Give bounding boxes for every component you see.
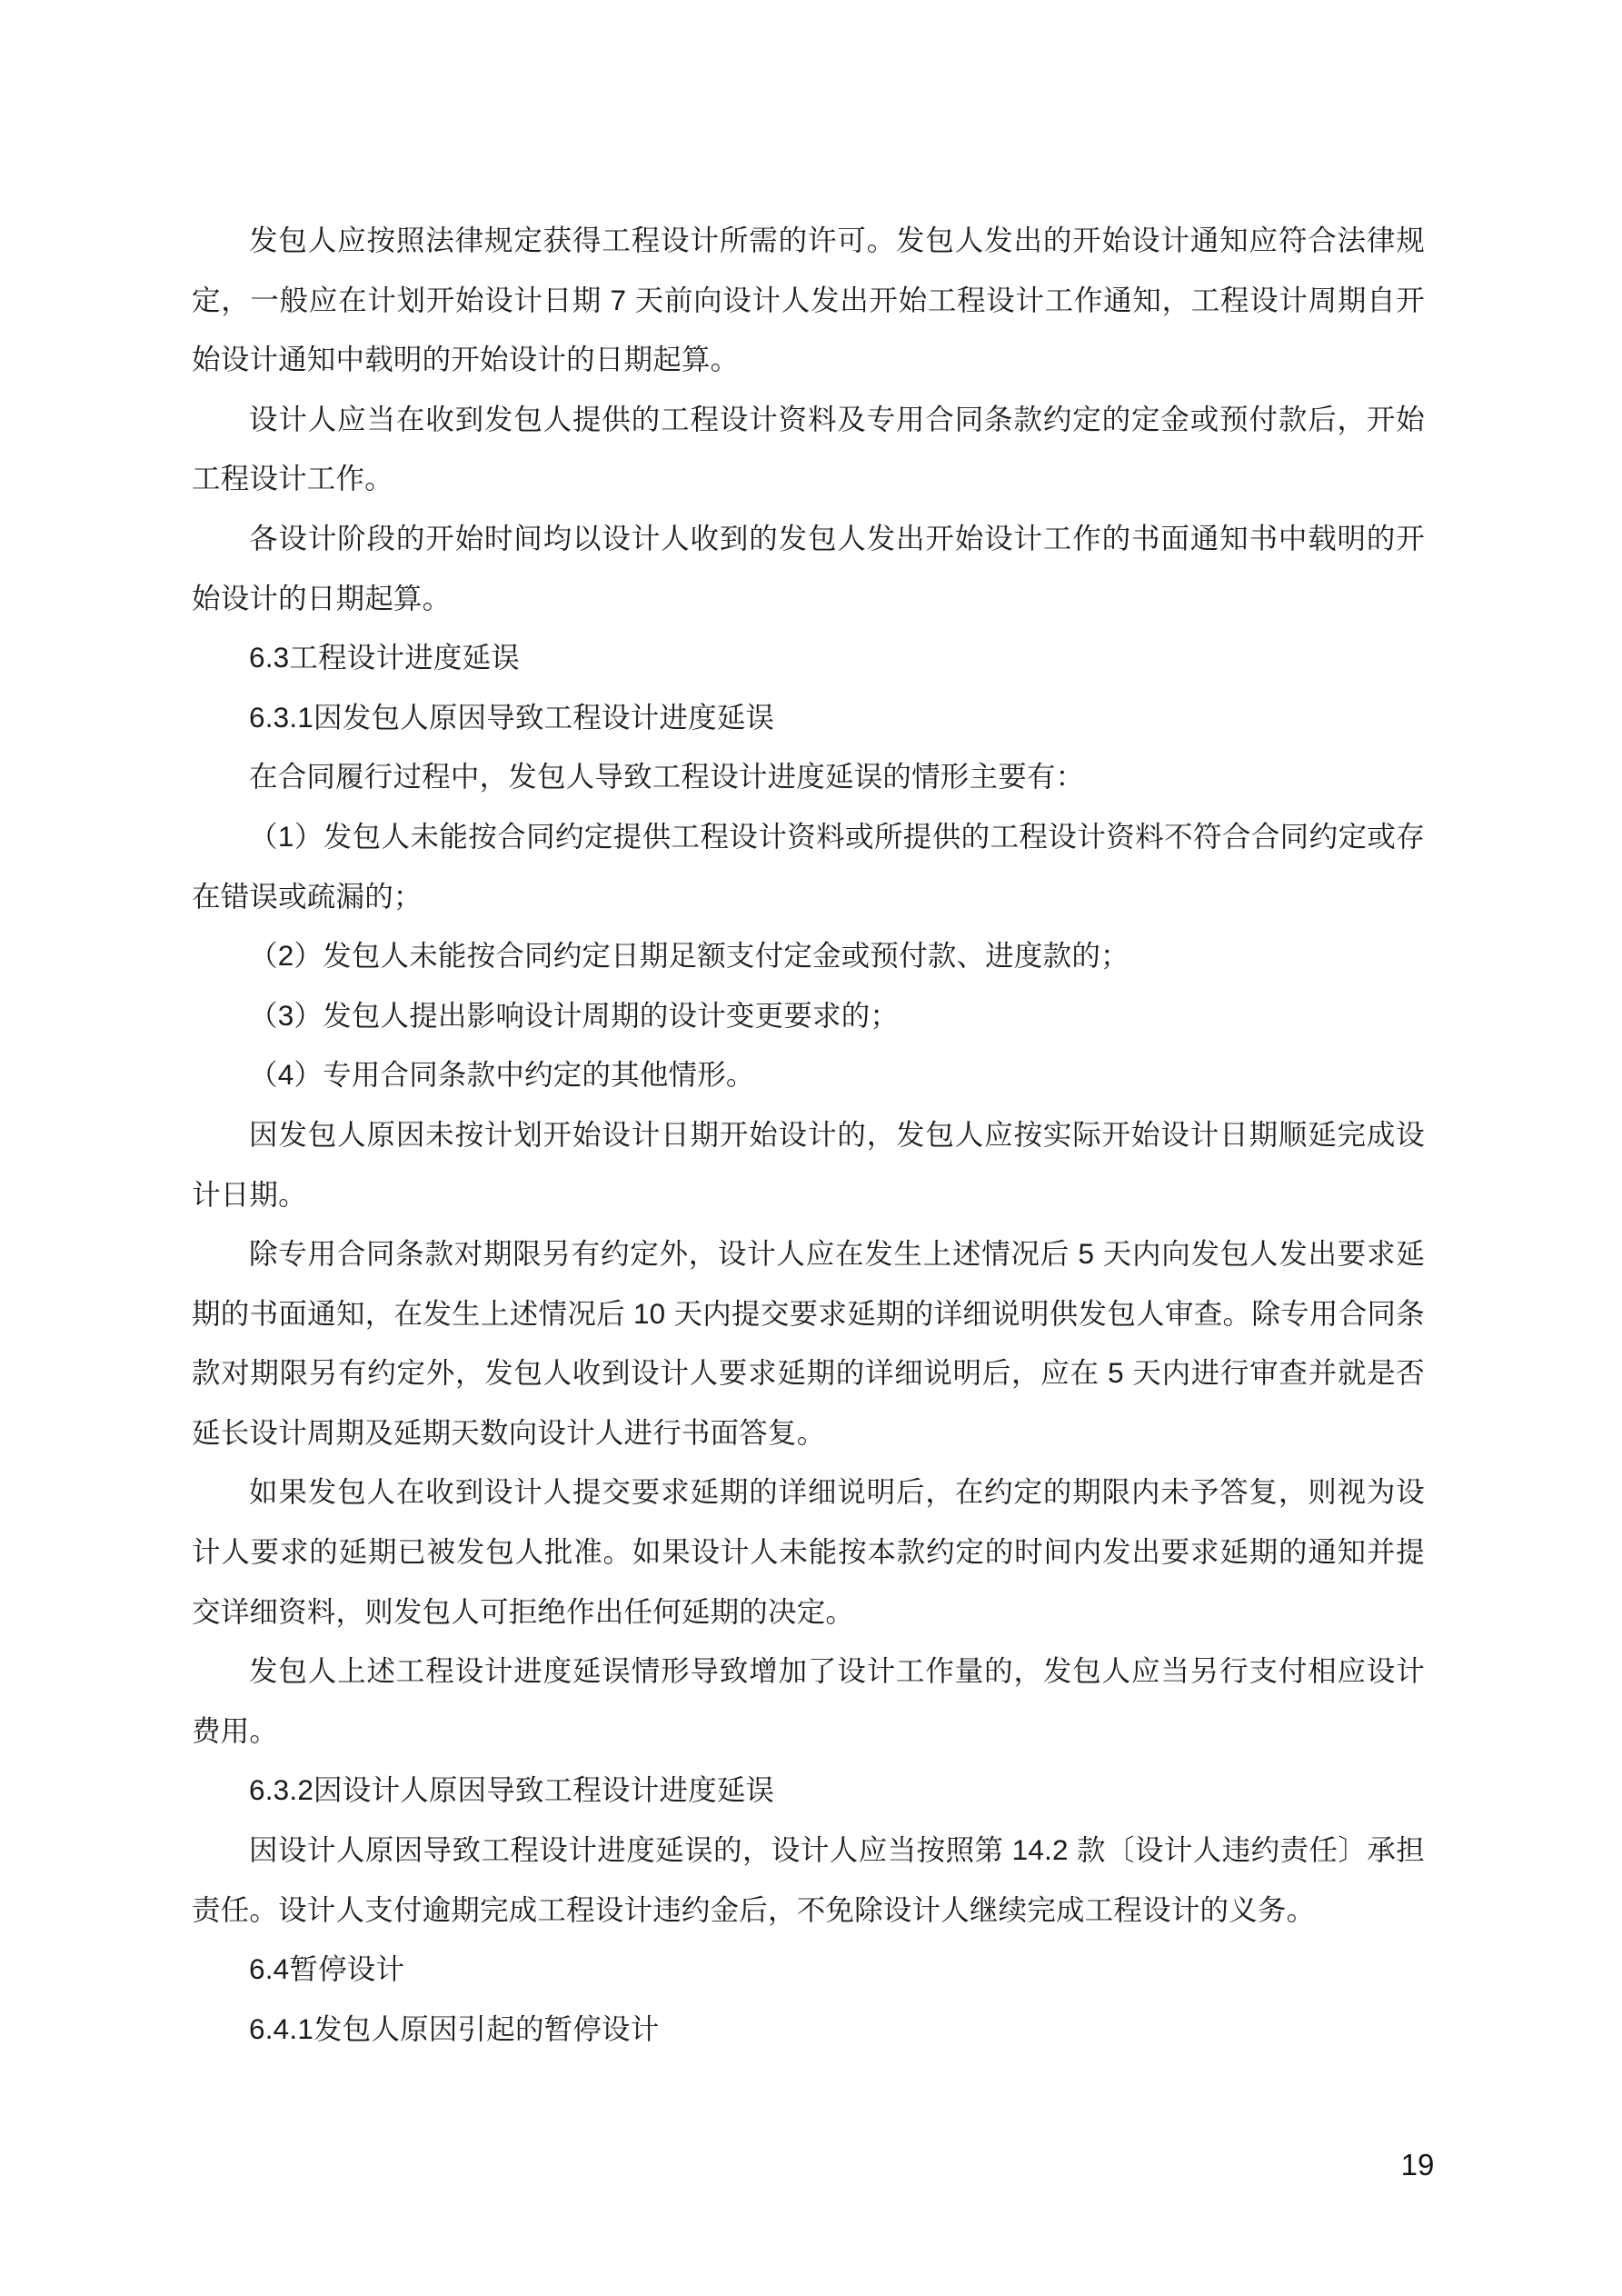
para-designer-start-work: 设计人应当在收到发包人提供的工程设计资料及专用合同条款约定的定金或预付款后，开始… <box>192 390 1425 509</box>
para-deemed-approval: 如果发包人在收到设计人提交要求延期的详细说明后，在约定的期限内未予答复，则视为设… <box>192 1462 1425 1642</box>
para-stage-start-time: 各设计阶段的开始时间均以设计人收到的发包人发出开始设计工作的书面通知书中载明的开… <box>192 509 1425 628</box>
document-body: 发包人应按照法律规定获得工程设计所需的许可。发包人发出的开始设计通知应符合法律规… <box>192 211 1425 2059</box>
para-additional-design-fee: 发包人上述工程设计进度延误情形导致增加了设计工作量的，发包人应当另行支付相应设计… <box>192 1642 1425 1761</box>
para-postpone-completion-date: 因发包人原因未按计划开始设计日期开始设计的，发包人应按实际开始设计日期顺延完成设… <box>192 1105 1425 1224</box>
para-delay-item-3: （3）发包人提出影响设计周期的设计变更要求的； <box>192 986 1425 1046</box>
heading-6-3-1-employer-caused-delay: 6.3.1因发包人原因导致工程设计进度延误 <box>192 688 1425 748</box>
para-delay-situations-intro: 在合同履行过程中，发包人导致工程设计进度延误的情形主要有： <box>192 747 1425 807</box>
para-designer-delay-liability: 因设计人原因导致工程设计进度延误的，设计人应当按照第 14.2 款〔设计人违约责… <box>192 1821 1425 1940</box>
heading-6-3-progress-delay: 6.3工程设计进度延误 <box>192 628 1425 688</box>
para-start-design-notice: 发包人应按照法律规定获得工程设计所需的许可。发包人发出的开始设计通知应符合法律规… <box>192 211 1425 390</box>
para-delay-item-4: （4）专用合同条款中约定的其他情形。 <box>192 1045 1425 1105</box>
para-delay-item-1: （1）发包人未能按合同约定提供工程设计资料或所提供的工程设计资料不符合合同约定或… <box>192 807 1425 926</box>
para-delay-item-2: （2）发包人未能按合同约定日期足额支付定金或预付款、进度款的； <box>192 926 1425 986</box>
heading-6-4-1-employer-caused-suspension: 6.4.1发包人原因引起的暂停设计 <box>192 2000 1425 2060</box>
para-extension-request-procedure: 除专用合同条款对期限另有约定外，设计人应在发生上述情况后 5 天内向发包人发出要… <box>192 1224 1425 1462</box>
heading-6-3-2-designer-caused-delay: 6.3.2因设计人原因导致工程设计进度延误 <box>192 1761 1425 1821</box>
document-page: 发包人应按照法律规定获得工程设计所需的许可。发包人发出的开始设计通知应符合法律规… <box>0 0 1622 2296</box>
heading-6-4-suspend-design: 6.4暂停设计 <box>192 1940 1425 2000</box>
page-number: 19 <box>1368 2145 1468 2185</box>
